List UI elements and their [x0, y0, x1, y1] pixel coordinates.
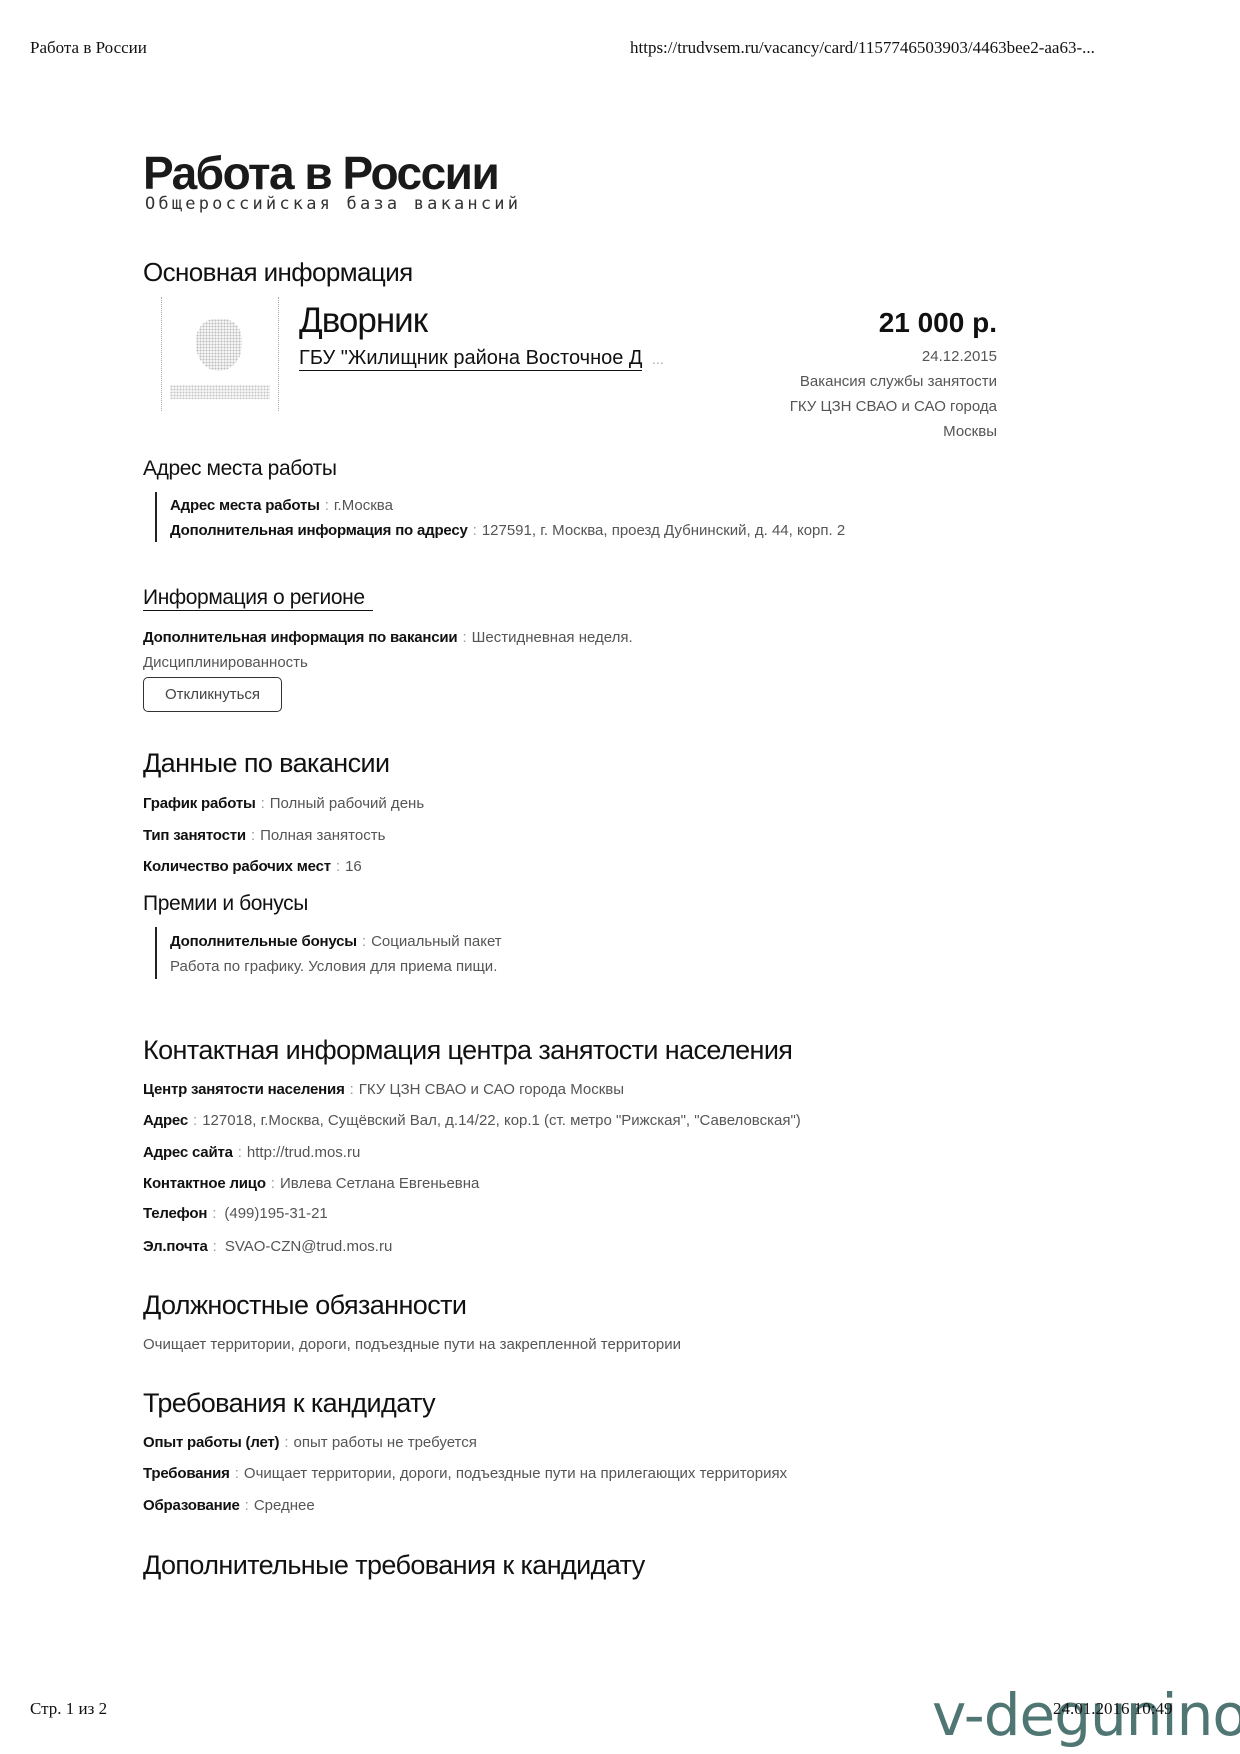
emblem-caption — [170, 385, 270, 399]
row-value: Ивлева Сетлана Евгеньевна — [280, 1175, 479, 1192]
site-link[interactable]: http://trud.mos.ru — [247, 1144, 360, 1161]
work-address-heading: Адрес места работы — [143, 458, 337, 479]
row-label: Количество рабочих мест — [143, 858, 331, 875]
requirements-heading: Требования к кандидату — [143, 1390, 435, 1417]
print-header-title: Работа в России — [30, 38, 147, 58]
logo-title: Работа в России — [143, 150, 521, 196]
row-label: Контактное лицо — [143, 1175, 266, 1192]
row-label: Дополнительные бонусы — [170, 933, 357, 950]
row-value: г.Москва — [334, 497, 393, 514]
contact-row: Эл.почта:SVAO-CZN@trud.mos.ru — [143, 1239, 392, 1254]
respond-button[interactable]: Откликнуться — [143, 677, 282, 712]
row-value: (499)195-31-21 — [224, 1205, 327, 1222]
vacancy-data-row: Количество рабочих мест:16 — [143, 859, 362, 874]
russian-emblem-icon — [196, 319, 242, 371]
row-value: Полный рабочий день — [270, 795, 424, 812]
row-label: График работы — [143, 795, 256, 812]
region-info-link-text[interactable]: Информация о регионе — [143, 586, 373, 611]
duties-text: Очищает территории, дороги, подъездные п… — [143, 1337, 681, 1352]
logo-subtitle: Общероссийская база вакансий — [145, 196, 521, 213]
row-label: Адрес сайта — [143, 1144, 233, 1161]
bonus-row: Дополнительные бонусы:Социальный пакет — [170, 934, 502, 949]
page-number: Стр. 1 из 2 — [30, 1699, 107, 1719]
source-line-2: ГКУ ЦЗН СВАО и САО города — [790, 399, 997, 414]
row-label: Тип занятости — [143, 827, 246, 844]
source-line-1: Вакансия службы занятости — [800, 374, 997, 389]
print-header-url: https://trudvsem.ru/vacancy/card/1157746… — [630, 38, 1095, 58]
row-value: 127018, г.Москва, Сущёвский Вал, д.14/22… — [202, 1112, 801, 1129]
posting-date: 24.12.2015 — [922, 349, 997, 364]
email-link[interactable]: SVAO-CZN@trud.mos.ru — [225, 1238, 392, 1255]
job-title: Дворник — [299, 303, 427, 338]
employer-ellipsis: ... — [652, 351, 664, 367]
row-value: Среднее — [254, 1497, 315, 1514]
requirement-row: Требования:Очищает территории, дороги, п… — [143, 1466, 787, 1481]
row-label: Адрес места работы — [170, 497, 320, 514]
contact-row: Контактное лицо:Ивлева Сетлана Евгеньевн… — [143, 1176, 479, 1191]
row-label: Требования — [143, 1465, 230, 1482]
row-label: Адрес — [143, 1112, 188, 1129]
duties-heading: Должностные обязанности — [143, 1292, 466, 1319]
requirement-row: Опыт работы (лет):опыт работы не требует… — [143, 1435, 477, 1450]
row-value: 127591, г. Москва, проезд Дубнинский, д.… — [482, 522, 845, 539]
employer-name[interactable]: ГБУ "Жилищник района Восточное Д — [299, 347, 642, 371]
site-logo[interactable]: Работа в России Общероссийская база вака… — [143, 150, 521, 213]
row-value: Полная занятость — [260, 827, 385, 844]
row-label: Образование — [143, 1497, 240, 1514]
extra-requirements-heading: Дополнительные требования к кандидату — [143, 1552, 645, 1579]
row-value: Очищает территории, дороги, подъездные п… — [244, 1465, 787, 1482]
contact-row: Центр занятости населения:ГКУ ЦЗН СВАО и… — [143, 1082, 624, 1097]
vacancy-extra-info: Дополнительная информация по вакансии:Ше… — [143, 630, 633, 645]
work-address-quote-bar — [155, 492, 157, 542]
work-address-row: Дополнительная информация по адресу:1275… — [170, 523, 845, 538]
salary: 21 000 р. — [879, 309, 997, 337]
contacts-heading: Контактная информация центра занятости н… — [143, 1037, 792, 1064]
bonus-row-cont: Работа по графику. Условия для приема пи… — [170, 959, 497, 974]
row-label: Центр занятости населения — [143, 1081, 345, 1098]
vacancy-data-row: Тип занятости:Полная занятость — [143, 828, 385, 843]
row-label: Опыт работы (лет) — [143, 1434, 279, 1451]
row-label: Дополнительная информация по вакансии — [143, 629, 457, 646]
row-value: опыт работы не требуется — [294, 1434, 477, 1451]
vacancy-data-row: График работы:Полный рабочий день — [143, 796, 424, 811]
employer-logo — [161, 297, 279, 411]
employer-link[interactable]: ГБУ "Жилищник района Восточное Д ... — [299, 348, 664, 368]
requirement-row: Образование:Среднее — [143, 1498, 315, 1513]
region-info-link[interactable]: Информация о регионе — [143, 587, 373, 608]
row-value: Шестидневная неделя. — [472, 629, 633, 646]
row-label: Дополнительная информация по адресу — [170, 522, 468, 539]
row-label: Телефон — [143, 1205, 207, 1222]
row-value: Социальный пакет — [371, 933, 502, 950]
work-address-row: Адрес места работы:г.Москва — [170, 498, 393, 513]
source-line-3: Москвы — [943, 424, 997, 439]
row-value: 16 — [345, 858, 362, 875]
main-info-heading: Основная информация — [143, 259, 413, 285]
vacancy-extra-info-cont: Дисциплинированность — [143, 655, 308, 670]
print-timestamp: 24.01.2016 10:49 — [1053, 1699, 1172, 1719]
contact-row: Адрес сайта:http://trud.mos.ru — [143, 1145, 360, 1160]
vacancy-data-heading: Данные по вакансии — [143, 750, 389, 777]
row-label: Эл.почта — [143, 1238, 208, 1255]
bonuses-quote-bar — [155, 927, 157, 979]
contact-row: Телефон:(499)195-31-21 — [143, 1206, 328, 1221]
row-value: ГКУ ЦЗН СВАО и САО города Москвы — [359, 1081, 624, 1098]
bonuses-heading: Премии и бонусы — [143, 893, 308, 914]
contact-row: Адрес:127018, г.Москва, Сущёвский Вал, д… — [143, 1113, 801, 1128]
